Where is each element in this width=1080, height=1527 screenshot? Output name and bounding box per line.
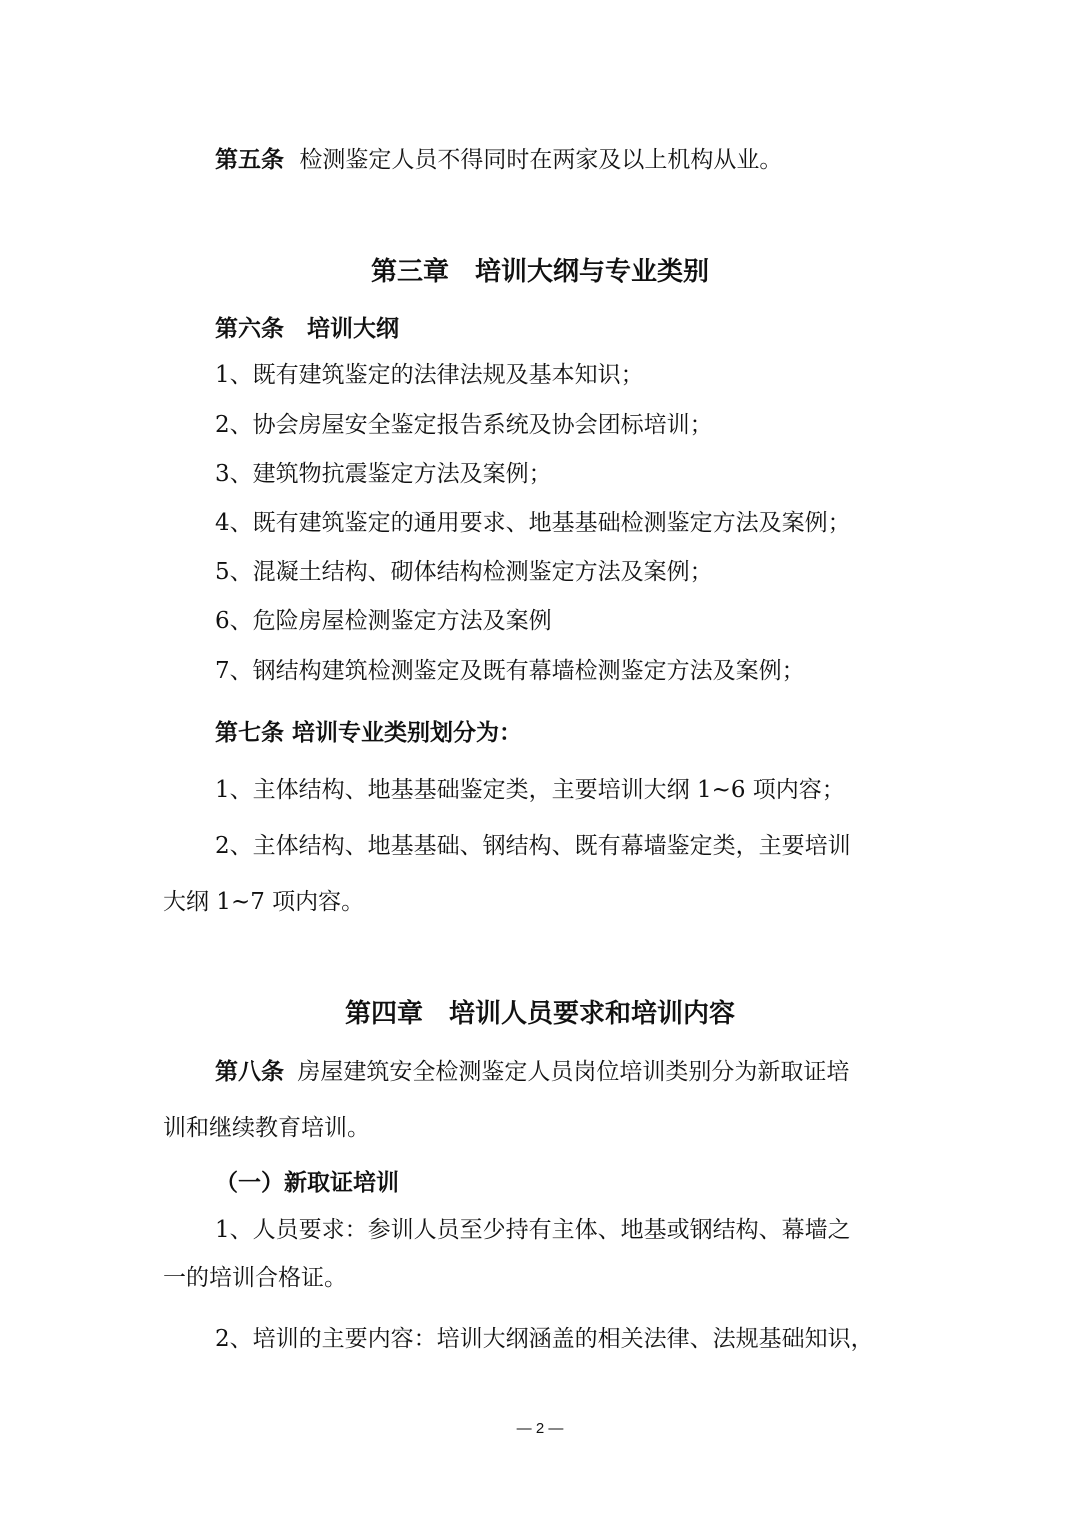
- page-number: — 2 —: [0, 1420, 1080, 1437]
- article-5: 第五条 检测鉴定人员不得同时在两家及以上机构从业。: [215, 145, 782, 175]
- outline-item-1: 1、既有建筑鉴定的法律法规及基本知识；: [215, 360, 644, 390]
- article-8-text: 房屋建筑安全检测鉴定人员岗位培训类别分为新取证培: [297, 1059, 849, 1085]
- chapter-3-title: 第三章 培训大纲与专业类别: [0, 256, 1080, 288]
- outline-item-7: 7、钢结构建筑检测鉴定及既有幕墙检测鉴定方法及案例；: [215, 656, 805, 686]
- article-5-label: 第五条: [215, 147, 284, 173]
- article-5-text: 检测鉴定人员不得同时在两家及以上机构从业。: [299, 147, 782, 173]
- article-6-label: 第六条 培训大纲: [215, 314, 399, 344]
- article-8-line-2: 训和继续教育培训。: [163, 1113, 370, 1143]
- chapter-4-title: 第四章 培训人员要求和培训内容: [0, 998, 1080, 1030]
- outline-item-3: 3、建筑物抗震鉴定方法及案例；: [215, 459, 552, 489]
- training-content-line-1: 2、培训的主要内容：培训大纲涵盖的相关法律、法规基础知识，: [215, 1324, 874, 1354]
- outline-item-4: 4、既有建筑鉴定的通用要求、地基基础检测鉴定方法及案例；: [215, 508, 851, 538]
- outline-item-2: 2、协会房屋安全鉴定报告系统及协会团标培训；: [215, 410, 713, 440]
- outline-item-5: 5、混凝土结构、砌体结构检测鉴定方法及案例；: [215, 557, 713, 587]
- article-8-line-1: 第八条 房屋建筑安全检测鉴定人员岗位培训类别分为新取证培: [215, 1057, 849, 1087]
- category-item-1: 1、主体结构、地基基础鉴定类，主要培训大纲 1~6 项内容；: [215, 775, 845, 805]
- requirement-line-1: 1、人员要求：参训人员至少持有主体、地基或钢结构、幕墙之: [215, 1215, 851, 1245]
- category-item-2-line-1: 2、主体结构、地基基础、钢结构、既有幕墙鉴定类，主要培训: [215, 831, 851, 861]
- category-item-2-line-2: 大纲 1~7 项内容。: [163, 887, 364, 917]
- outline-item-6: 6、危险房屋检测鉴定方法及案例: [215, 606, 552, 636]
- article-8-label: 第八条: [215, 1059, 284, 1085]
- subsection-new-cert-training: （一）新取证培训: [215, 1168, 399, 1198]
- requirement-line-2: 一的培训合格证。: [163, 1263, 347, 1293]
- article-7-label: 第七条 培训专业类别划分为：: [215, 718, 522, 748]
